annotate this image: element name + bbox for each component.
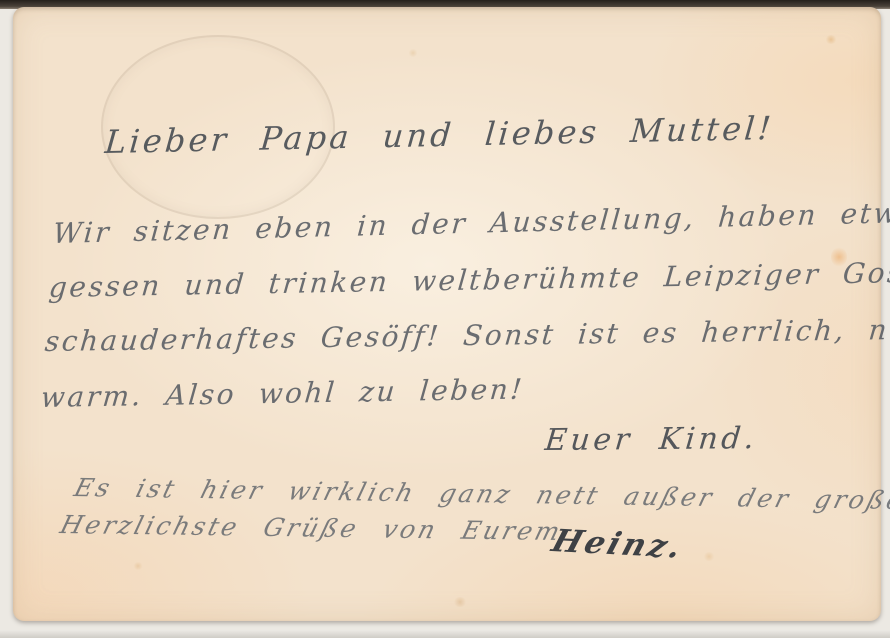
postscript-closing-line: Herzlichste Grüße von Eurem: [57, 510, 566, 546]
body-line-3: schauderhaftes Gesöff! Sonst ist es herr…: [43, 310, 890, 358]
scanned-image: Lieber Papa und liebes Muttel! Wir sitze…: [0, 0, 890, 638]
scan-edge-band-bottom: [0, 630, 890, 638]
body-line-2: gessen und trinken weltberühmte Leipzige…: [48, 254, 890, 304]
body-line-4: warm. Also wohl zu leben!: [40, 373, 526, 414]
signature-line: Euer Kind.: [543, 421, 759, 458]
foxing-spot: [453, 597, 467, 607]
foxing-spot: [133, 562, 143, 570]
postcard: Lieber Papa und liebes Muttel! Wir sitze…: [13, 7, 881, 621]
foxing-spot: [408, 49, 418, 57]
foxing-spot: [825, 35, 837, 44]
foxing-spot: [703, 552, 715, 561]
postscript-signature: Heinz.: [548, 523, 689, 565]
postscript-line-1: Es ist hier wirklich ganz nett außer der…: [71, 473, 890, 517]
